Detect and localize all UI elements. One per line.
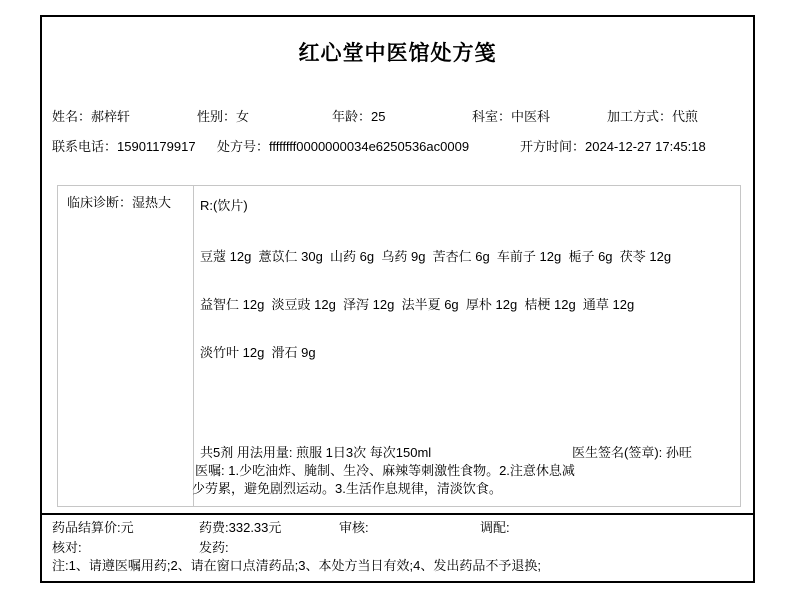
patient-age-value: 25 xyxy=(371,109,385,124)
settle-price-field: 药品结算价:元 xyxy=(52,520,134,535)
review-field: 审核: xyxy=(339,520,369,535)
rx-header: R:(饮片) xyxy=(200,198,248,213)
fee-label: 药费: xyxy=(199,520,229,535)
processing-method-label: 加工方式： xyxy=(607,109,672,124)
diagnosis-label: 临床诊断： xyxy=(67,195,132,210)
patient-gender-value: 女 xyxy=(236,109,249,124)
patient-gender-field: 性别：女 xyxy=(197,109,249,124)
patient-age-field: 年龄：25 xyxy=(332,109,385,124)
diagnosis-value: 湿热大 xyxy=(132,195,171,210)
check-field: 核对: xyxy=(52,540,82,555)
issue-time-value: 2024-12-27 17:45:18 xyxy=(585,139,706,154)
processing-method-value: 代煎 xyxy=(672,109,698,124)
patient-department-field: 科室：中医科 xyxy=(472,109,550,124)
dispense-field: 调配: xyxy=(480,520,510,535)
issue-time-field: 开方时间：2024-12-27 17:45:18 xyxy=(520,139,706,154)
herb-line-1: 豆蔻 12g 薏苡仁 30g 山药 6g 乌药 9g 苦杏仁 6g 车前子 12… xyxy=(200,249,730,264)
footer-note: 注:1、请遵医嘱用药;2、请在窗口点清药品;3、本处方当日有效;4、发出药品不予… xyxy=(52,558,541,573)
doctor-signature: 医生签名(签章): 孙旺 xyxy=(572,445,692,460)
rx-number-label: 处方号： xyxy=(217,139,269,154)
processing-method-field: 加工方式：代煎 xyxy=(607,109,698,124)
usage-line: 共5剂 用法用量: 煎服 1日3次 每次150ml xyxy=(200,445,431,460)
patient-name-field: 姓名：郝梓轩 xyxy=(52,109,130,124)
phone-label: 联系电话： xyxy=(52,139,117,154)
issue-drug-field: 发药: xyxy=(199,540,229,555)
patient-name-label: 姓名： xyxy=(52,109,91,124)
phone-value: 15901179917 xyxy=(117,139,196,154)
advice-line-1: 医嘱: 1.少吃油炸、腌制、生冷、麻辣等刺激性食物。2.注意休息减 xyxy=(195,463,575,478)
phone-field: 联系电话：15901179917 xyxy=(52,139,196,154)
herb-line-2: 益智仁 12g 淡豆豉 12g 泽泻 12g 法半夏 6g 厚朴 12g 桔梗 … xyxy=(200,297,730,312)
advice-line-2: 少劳累，避免剧烈运动。3.生活作息规律，清淡饮食。 xyxy=(192,481,502,496)
patient-department-label: 科室： xyxy=(472,109,511,124)
patient-name-value: 郝梓轩 xyxy=(91,109,130,124)
diagnosis-field: 临床诊断：湿热大 xyxy=(67,195,171,210)
prescription-sheet: 红心堂中医馆处方笺 姓名：郝梓轩 性别：女 年龄：25 科室：中医科 加工方式：… xyxy=(40,15,755,583)
herb-line-3: 淡竹叶 12g 滑石 9g xyxy=(200,345,730,360)
column-divider xyxy=(193,186,194,506)
page-title: 红心堂中医馆处方笺 xyxy=(42,37,753,67)
patient-gender-label: 性别： xyxy=(197,109,236,124)
footer-separator xyxy=(42,513,753,515)
fee-value: 332.33元 xyxy=(229,520,282,535)
issue-time-label: 开方时间： xyxy=(520,139,585,154)
patient-department-value: 中医科 xyxy=(511,109,550,124)
fee-field: 药费:332.33元 xyxy=(199,520,281,535)
patient-age-label: 年龄： xyxy=(332,109,371,124)
settle-price-label: 药品结算价: xyxy=(52,520,121,535)
settle-price-value: 元 xyxy=(121,520,134,535)
rx-number-value: ffffffff0000000034e6250536ac0009 xyxy=(269,139,469,154)
rx-number-field: 处方号：ffffffff0000000034e6250536ac0009 xyxy=(217,139,469,154)
